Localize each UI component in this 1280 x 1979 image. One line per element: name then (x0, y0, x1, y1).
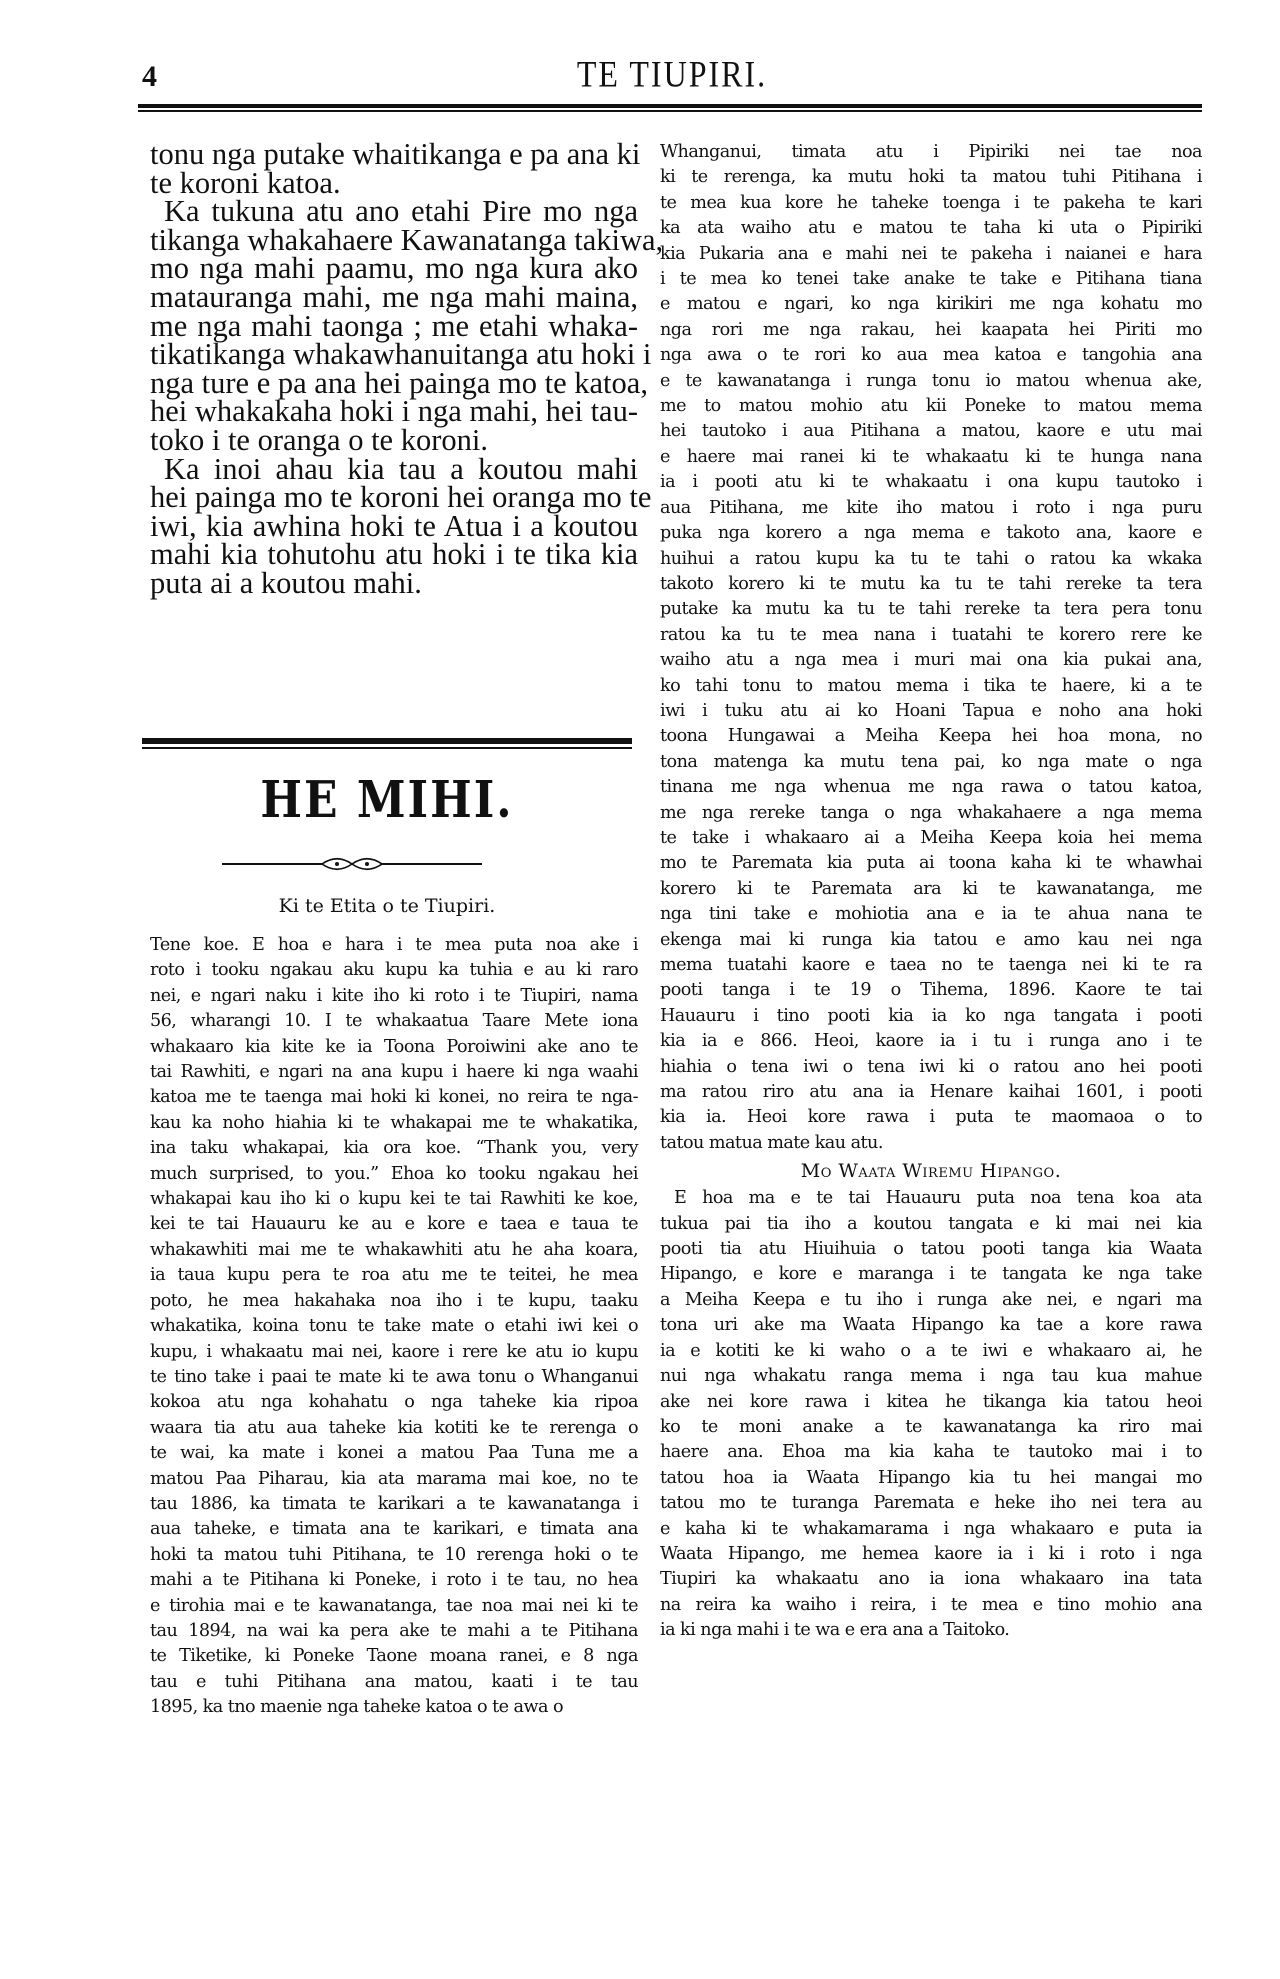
text-line: tatou hoa ia Waata Hipango kia tu hei ma… (660, 1466, 1202, 1491)
text-line: i te mea ko tenei take anake te take e P… (660, 267, 1202, 292)
left-column: tonu nga putake whaitikanga e pa ana kit… (150, 140, 638, 598)
section-rule-thin (142, 747, 632, 749)
text-line: matauranga mahi, me nga mahi maina, (150, 283, 638, 312)
text-line: ko te moni anake a te kawanatanga ka rir… (660, 1415, 1202, 1440)
text-line: nga tini take e mohiotia ana e ia te ahu… (660, 902, 1202, 927)
text-line: kei te tai Hauauru ke au e kore e taea e… (150, 1212, 638, 1237)
text-line: te Tiketike, ki Poneke Taone moana ranei… (150, 1644, 638, 1669)
text-line: me to matou mohio atu kii Poneke to mato… (660, 394, 1202, 419)
text-line: te take i whakaaro ai a Meiha Keepa koia… (660, 826, 1202, 851)
text-line: nga rori me nga rakau, hei kaapata hei P… (660, 318, 1202, 343)
text-line: ia e kotiti ke ki waho o a te iwi e whak… (660, 1339, 1202, 1364)
text-line: ia i pooti atu ki te whakaatu i ona kupu… (660, 470, 1202, 495)
text-line: me nga mahi taonga ; me etahi whaka- (150, 312, 638, 341)
text-line: aua taheke, e timata ana te karikari, e … (150, 1517, 638, 1542)
text-line: iwi, kia awhina hoki te Atua i a koutou (150, 512, 638, 541)
text-line: ia ki nga mahi i te wa e era ana a Taito… (660, 1618, 1202, 1643)
text-line: tukua pai tia iho a koutou tangata e ki … (660, 1212, 1202, 1237)
text-line: mo te Paremata kia puta ai toona kaha ki… (660, 851, 1202, 876)
text-line: ina taku whakapai, kia ora koe. “Thank y… (150, 1136, 638, 1161)
text-line: 1895, ka tno maenie nga taheke katoa o t… (150, 1695, 638, 1720)
text-line: hei painga mo te koroni hei oranga mo te (150, 483, 638, 512)
text-line: putake ka mutu ka tu te tahi rereke ta t… (660, 597, 1202, 622)
text-line: much surprised, to you.” Ehoa ko tooku n… (150, 1162, 638, 1187)
text-line: ma ratou riro atu ana ia Henare kaihai 1… (660, 1080, 1202, 1105)
text-line: hoki ta matou tuhi Pitihana, te 10 reren… (150, 1543, 638, 1568)
text-line: tikatikanga whakawhanuitanga atu hoki i (150, 340, 638, 369)
text-line: 56, wharangi 10. I te whakaatua Taare Me… (150, 1009, 638, 1034)
text-line: nga awa o te rori ko aua mea katoa e tan… (660, 343, 1202, 368)
text-line: kia Pukaria ana e mahi nei te pakeha i n… (660, 242, 1202, 267)
text-line: kupu, i whakaatu mai nei, kaore i rere k… (150, 1340, 638, 1365)
text-line: Tene koe. E hoa e hara i te mea puta noa… (150, 933, 638, 958)
text-line: Ka tukuna atu ano etahi Pire mo nga (150, 197, 638, 226)
text-line: kia ia. Heoi kore rawa i puta te maomaoa… (660, 1105, 1202, 1130)
text-line: tatou mo te turanga Paremata e heke iho … (660, 1491, 1202, 1516)
text-line: tau 1894, na wai ka pera ake te mahi a t… (150, 1619, 638, 1644)
header-rule-thin (138, 110, 1202, 112)
text-line: whakatika, koina tonu te take mate o eta… (150, 1314, 638, 1339)
text-line: tatou matua mate kau atu. (660, 1131, 1202, 1156)
text-line: e haere mai ranei ki te whakaatu ki te h… (660, 445, 1202, 470)
section-rule (142, 738, 632, 744)
text-line: Hipango, e kore e maranga i te tangata k… (660, 1262, 1202, 1287)
text-line: mema tuatahi kaore e taea no te taenga n… (660, 953, 1202, 978)
text-line: ake nei kore rawa i kitea he tikanga kia… (660, 1390, 1202, 1415)
text-line: na reira ka waiho i reira, i te mea e ti… (660, 1593, 1202, 1618)
text-line: huihui a ratou kupu ka tu te tahi o rato… (660, 547, 1202, 572)
header-rule (138, 104, 1202, 108)
text-line: mahi a te Pitihana ki Poneke, i roto i t… (150, 1568, 638, 1593)
right-article-text: Whanganui, timata atu i Pipiriki nei tae… (660, 140, 1202, 1156)
text-line: korero ki te Paremata ara ki te kawanata… (660, 877, 1202, 902)
text-line: nei, e ngari naku i kite iho ki roto i t… (150, 984, 638, 1009)
text-line: whakapai kau iho ki o kupu kei te tai Ra… (150, 1187, 638, 1212)
text-line: aua Pitihana, me kite iho matou i roto i… (660, 496, 1202, 521)
text-line: hei whakakaha hoki i nga mahi, hei tau- (150, 397, 638, 426)
text-line: toko i te oranga o te koroni. (150, 426, 638, 455)
text-line: mahi kia tohutohu atu hoki i te tika kia (150, 540, 638, 569)
text-line: ratou ka tu te mea nana i tuatahi te kor… (660, 623, 1202, 648)
text-line: Tiupiri ka whakaatu ano ia iona whakaaro… (660, 1567, 1202, 1592)
text-line: ia taua kupu pera te roa atu me te teite… (150, 1263, 638, 1288)
text-line: tau 1886, ka timata te karikari a te kaw… (150, 1492, 638, 1517)
text-line: kia ia e 866. Heoi, kaore ia i tu i rung… (660, 1029, 1202, 1054)
text-line: hei tautoko i aua Pitihana a matou, kaor… (660, 419, 1202, 444)
text-line: toona Hungawai a Meiha Keepa hei hoa mon… (660, 724, 1202, 749)
text-line: nui nga whakatu ranga mema i nga tau kua… (660, 1364, 1202, 1389)
text-line: nga ture e pa ana hei painga mo te katoa… (150, 369, 638, 398)
text-line: me nga rereke tanga o nga whakahaere a n… (660, 801, 1202, 826)
text-line: tikanga whakahaere Kawanatanga takiwa, (150, 226, 638, 255)
text-line: whakaaro kia kite ke ia Toona Poroiwini … (150, 1035, 638, 1060)
text-line: Hauauru i tino pooti kia ia ko nga tanga… (660, 1004, 1202, 1029)
text-line: haere ana. Ehoa ma kia kaha te tautoko m… (660, 1440, 1202, 1465)
text-line: poto, he mea hakahaka noa iho i te kupu,… (150, 1289, 638, 1314)
text-line: e matou e ngari, ko nga kirikiri me nga … (660, 292, 1202, 317)
text-line: iwi i tuku atu ai ko Hoani Tapua e noho … (660, 699, 1202, 724)
text-line: matou Paa Piharau, kia ata marama mai ko… (150, 1467, 638, 1492)
text-line: a Meiha Keepa e tu iho i runga ake nei, … (660, 1288, 1202, 1313)
letter-body: Tene koe. E hoa e hara i te mea puta noa… (150, 933, 638, 1721)
text-line: ki te rerenga, ka mutu hoki ta matou tuh… (660, 165, 1202, 190)
text-line: puka nga korero a nga mema e takoto ana,… (660, 521, 1202, 546)
text-line: Whanganui, timata atu i Pipiriki nei tae… (660, 140, 1202, 165)
text-line: e kaha ki te whakamarama i nga whakaaro … (660, 1517, 1202, 1542)
text-line: e tirohia mai e te kawanatanga, tae noa … (150, 1594, 638, 1619)
text-line: ka ata waiho atu e matou te taha ki uta … (660, 216, 1202, 241)
text-line: ekenga mai ki runga kia tatou e amo kau … (660, 928, 1202, 953)
section-title: HE MIHI. (142, 771, 632, 830)
text-line: te koroni katoa. (150, 169, 638, 198)
text-line: kokoa atu nga kohahatu o nga taheke kia … (150, 1390, 638, 1415)
text-line: te tino take i paai te mate ki te awa to… (150, 1365, 638, 1390)
text-line: tai Rawhiti, e ngari na ana kupu i haere… (150, 1060, 638, 1085)
intro-text: tonu nga putake whaitikanga e pa ana kit… (150, 140, 638, 598)
text-line: whakawhiti mai me te whakawhiti atu he a… (150, 1238, 638, 1263)
text-line: pooti tia atu Hiuihuia o tatou pooti tan… (660, 1237, 1202, 1262)
ornament-divider-icon (222, 855, 482, 873)
text-line: tinana me nga whenua me nga rawa o tatou… (660, 775, 1202, 800)
masthead-title: TE TIUPIRI. (142, 53, 1202, 96)
text-line: Waata Hipango, me hemea kaore ia i ki i … (660, 1542, 1202, 1567)
text-line: hiahia o tena iwi o tena iwi ki o ratou … (660, 1055, 1202, 1080)
text-line: tona matenga ka mutu tena pai, ko nga ma… (660, 750, 1202, 775)
text-line: takoto korero ki te mutu ka tu te tahi r… (660, 572, 1202, 597)
text-line: puta ai a koutou mahi. (150, 569, 638, 598)
right-letter-text: E hoa ma e te tai Hauauru puta noa tena … (660, 1186, 1202, 1643)
letter-salutation: Ki te Etita o te Tiupiri. (142, 895, 632, 917)
text-line: katoa me te taenga mai hoki ki konei, no… (150, 1085, 638, 1110)
text-line: mo nga mahi paamu, mo nga kura ako (150, 254, 638, 283)
text-line: roto i tooku ngakau aku kupu ka tuhia e … (150, 958, 638, 983)
text-line: ko tahi tonu to matou mema i tika te hae… (660, 674, 1202, 699)
text-line: waara tia atu aua taheke kia kotiti ke t… (150, 1416, 638, 1441)
page-header: 4 TE TIUPIRI. (142, 52, 1202, 92)
text-line: Ka inoi ahau kia tau a koutou mahi (150, 455, 638, 484)
text-line: waiho atu a nga mea i muri mai ona kia p… (660, 648, 1202, 673)
text-line: tau e tuhi Pitihana ana matou, kaati i t… (150, 1670, 638, 1695)
text-line: kau ka noho hiahia ki te whakapai me te … (150, 1111, 638, 1136)
text-line: tonu nga putake whaitikanga e pa ana ki (150, 140, 638, 169)
text-line: tona uri ake ma Waata Hipango ka tae a k… (660, 1313, 1202, 1338)
text-line: E hoa ma e te tai Hauauru puta noa tena … (660, 1186, 1202, 1211)
letter-text: Tene koe. E hoa e hara i te mea puta noa… (150, 933, 638, 1721)
text-line: e te kawanatanga i runga tonu io matou w… (660, 369, 1202, 394)
article-subheading: Mo Waata Wiremu Hipango. (660, 1156, 1202, 1186)
text-line: pooti tanga i te 19 o Tihema, 1896. Kaor… (660, 978, 1202, 1003)
text-line: te mea kua kore he taheke toenga i te pa… (660, 191, 1202, 216)
right-column: Whanganui, timata atu i Pipiriki nei tae… (660, 140, 1202, 1644)
text-line: te wai, ka mate i konei a matou Paa Tuna… (150, 1441, 638, 1466)
